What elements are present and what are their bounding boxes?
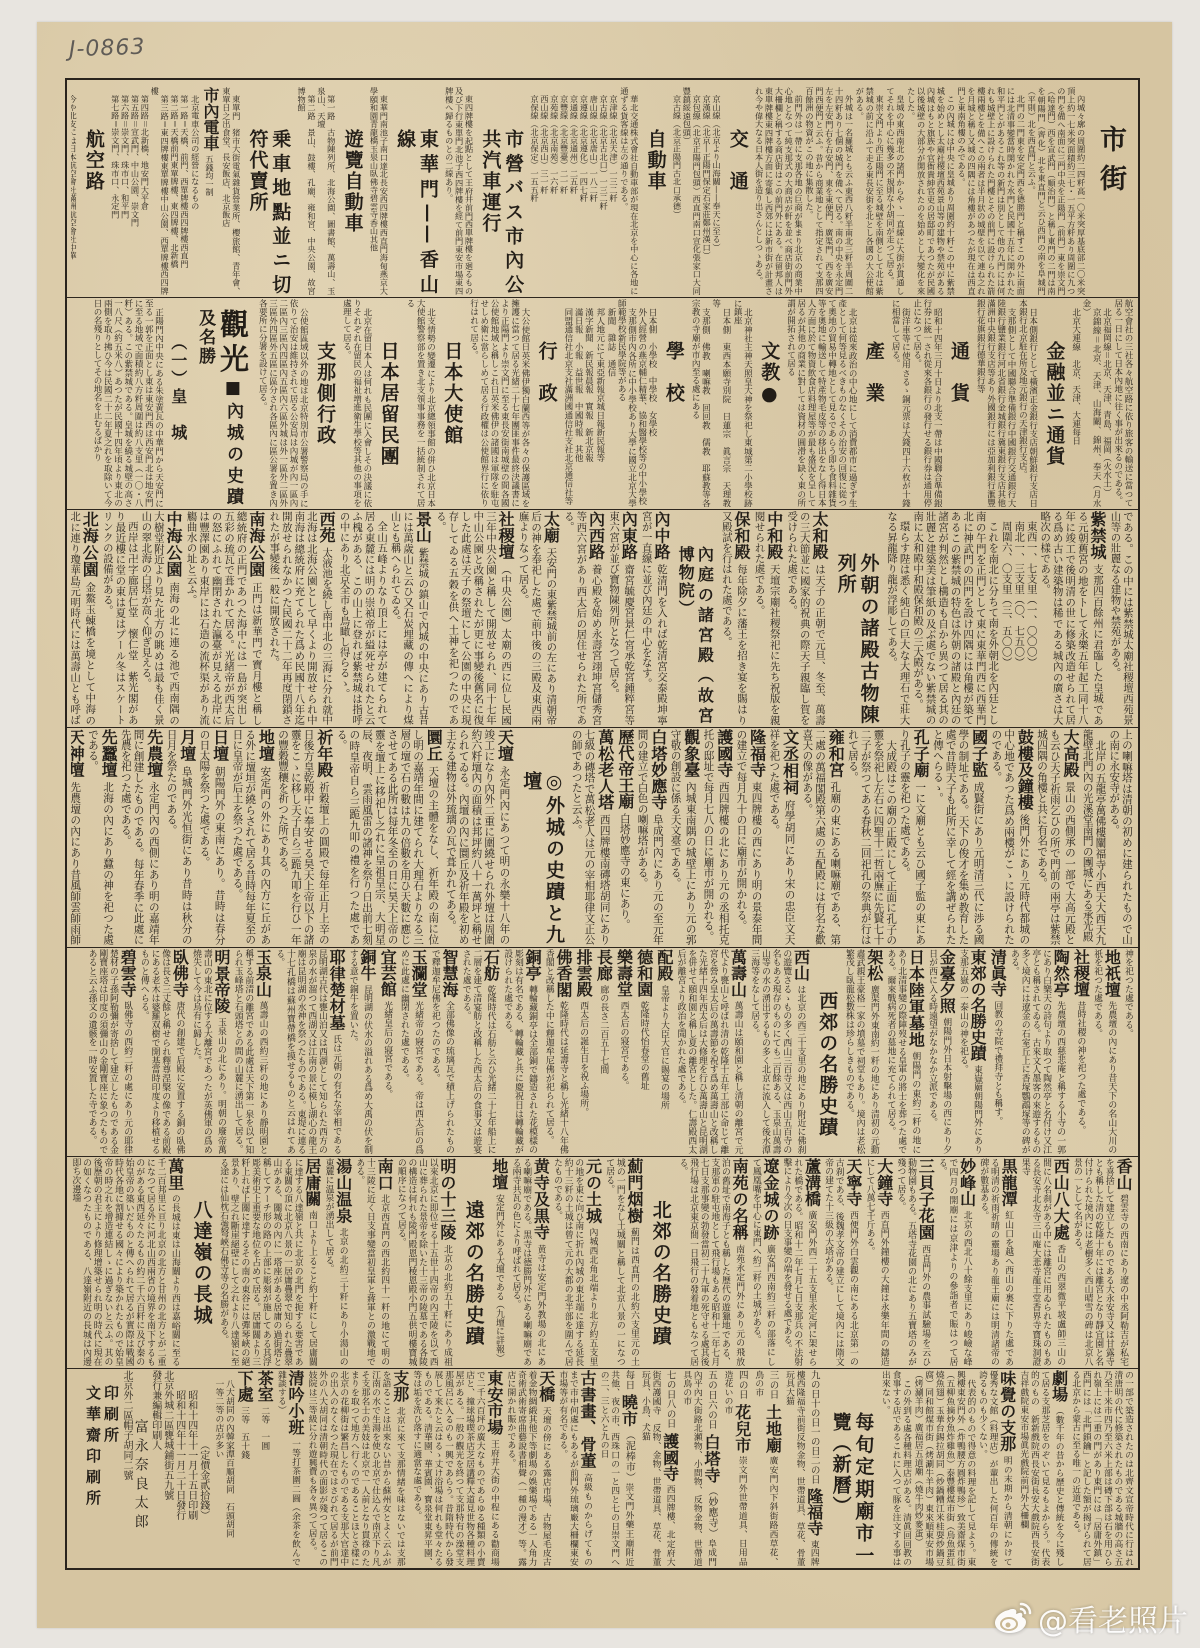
- entry: 明の十三陵北京の北約五十粁にあり成祖以來北京に即位せる十五世十四帝の內王陵を以て…: [395, 1158, 457, 1366]
- entry: 中海公園南海の北に連る池で西南隅の大樹堂附近より見た北方の眺めは最も佳く景山の翠…: [139, 511, 183, 725]
- list-line: 北京大連線 北京、天津、大連每日: [1070, 299, 1080, 507]
- entry: 清眞寺回教の寺院で禮拜寺とも稱す。: [988, 949, 1007, 1154]
- entry-title: 三貝子花園: [916, 1158, 935, 1245]
- entry: 古書畫、骨董高級ものからげてものまで市中何處にもあるが前門外琉璃廠大柵欄東安市場…: [557, 1370, 597, 1566]
- list-line: 八大胡同の內韓家潭百順胡同 石頭胡同: [223, 1370, 234, 1566]
- entry-title: 清吟小班: [286, 1370, 305, 1439]
- entry-text: 昔時社稷の神を祀つた處である。: [1075, 1001, 1085, 1134]
- line-list: 日本側 小學校 中學校 女學校外人經營の燕京輔仁精華、協和醫學校等の中小學校支那…: [606, 299, 657, 507]
- entry-title: 架松: [865, 949, 884, 985]
- list-line: 第七路＝崇文門、珠市口、永定門: [110, 87, 120, 295]
- entry: 佛香閣乾隆時代は延壽寺と稱し光緒十八年佛香閣と改稱した中に釋迦牟尼佛が祀られて居…: [543, 949, 573, 1154]
- colophon-printer-address: 北京外二區帽子胡同二號: [120, 1370, 132, 1566]
- entry: 湯山温泉北京の北約三十粁にあり小湯山の東麓に温泉が湧出して居る。: [323, 1158, 353, 1366]
- entry: 長廊廊の長さ二百五十七間: [594, 949, 613, 1154]
- entry-title: 內中路: [652, 511, 671, 564]
- entry-title: 下處: [235, 1370, 254, 1406]
- colophon-printer-label: 印刷所: [102, 1370, 120, 1566]
- entry: 紫禁城支那四百餘州に君臨した皇城である元朝舊宮の地をトして永樂五年起工同十八年に…: [1038, 511, 1107, 725]
- section-heading: 東華門——香山線: [393, 87, 439, 295]
- list-line: 第二路 景山、鼓樓、孔廟、雍和宮、中央公園、故宮博物館: [296, 87, 316, 295]
- paragraph: 支那側として中國聯合準備銀行中國銀行交通銀行大陸銀行鹽業銀行河北省銀行金城銀行冀…: [975, 299, 1016, 507]
- entry: 天橋天壇の傍にある露店市場、古物屋毛皮古着金物綢緞其他下等劇場の娛樂場である一人…: [505, 1370, 556, 1566]
- entry-title: 中海公園: [164, 511, 183, 582]
- entry: 地壇安定門の外にあり其の內方に丘がある外に壇垣が繞らされて居る昔時每年夏至の日に…: [231, 729, 276, 945]
- list-line: 外人經營の燕京輔仁精華、協和醫學校等の中小學校: [637, 299, 647, 507]
- row-divider: [67, 1156, 1138, 1157]
- entry: 日本陸軍墓地朝陽門の東約二粁の地にあり北清事變の際陣歿せる皇軍の將士を葬つた處で…: [885, 949, 926, 1154]
- colophon-issued-date: 昭和十四年十一月二十日發行: [173, 1370, 185, 1566]
- entry: 孔子廟一に文廟とも云ひ國子監の東にあり孔子の靈を祀つた處である。: [898, 729, 930, 945]
- entry: 大高殿景山の西側承の一部で大高元殿とも云ひ天子祈雨乞ひの所で門前の兩亭は紫禁城四…: [1035, 729, 1080, 945]
- paragraph: 北京電車公司の經營になるもの: [190, 87, 200, 295]
- entry-title: 大高殿: [1061, 729, 1080, 782]
- entry-title: 孔子廟: [911, 729, 930, 782]
- entry-title: 日壇: [211, 729, 230, 766]
- entry-text: 三等 五十錢: [239, 1406, 249, 1459]
- paragraph: この內城には中央に皇城あり周圍約十粁この中に紫禁城を始めとし太廟社稷壇西苑景山等…: [906, 87, 955, 295]
- entry-title: 智慧海: [440, 949, 459, 1001]
- list-line: 京通線（北京通州）二五粁: [569, 87, 579, 295]
- entry-title: 蘆溝橋: [802, 1158, 821, 1211]
- market-days: 四の日: [737, 1370, 748, 1404]
- entry-title: 月壇: [178, 729, 197, 766]
- banner-title: 觀光: [216, 309, 250, 378]
- entry-title: 金臺夕照: [937, 949, 956, 1018]
- list-line: 周圍六、〇支里（三、五〇〇）: [999, 511, 1012, 725]
- entry-title: 宜芸館: [378, 949, 397, 1001]
- paragraph: 全山五峰よりなり頂上には亭が建てられて居る東麓には明の崇禎帝が縊死せられたと云ふ…: [337, 511, 387, 725]
- list-line: 第一路 古物陳列所、北海公園、圖書館、萬壽山、玉泉山、天壇: [316, 87, 336, 295]
- section-heading: ◎外城の史蹟と九壇: [519, 729, 565, 945]
- entry: 妙峰山北京の西北八十餘支里にあり峻嶮な峰で四月の開廟には京津よりの參詣者で賑はつ…: [936, 1158, 976, 1366]
- entry-title: 配殿: [655, 949, 674, 985]
- paragraph: 邦人地元にて東亞新報京城日報新民報等: [594, 299, 604, 507]
- section-heading: 日本大使館: [440, 299, 463, 507]
- paragraph: これを南北に分ちて南を外朝北を內廷とし南の午門を正門として東に東華門西に西華門北…: [911, 511, 999, 725]
- paragraph: 北支情勢の變遷により北京總領事館の併ひ北京日本大使館警察部を置き北支領事事務を一…: [405, 299, 436, 507]
- section-heading: 市街: [1094, 87, 1126, 295]
- entry-title: 南海公園: [247, 511, 266, 582]
- entry: 文丞相祠府學胡同にあり宋の忠臣文天祥を祀つた處である。: [768, 729, 800, 945]
- list-line: 支那側市內各所に中小學校あり大學に國立北京大學師範學校新民學院等がある: [616, 299, 637, 507]
- entry-text: 五錢均一制: [205, 155, 215, 196]
- entry-title: 先蠶壇: [99, 729, 118, 782]
- entry: 保和殿每年除夕に藩王を招き宴を賜はり又殿試を行はれた處である。: [719, 511, 751, 725]
- entry-title: 味覺の支那: [998, 1370, 1017, 1456]
- paragraph: 西岸は卍字廊居仁堂 懷仁堂 紫光閣があり最近樓に堂の東は夏はプール冬はスケートリ…: [100, 511, 138, 725]
- market-name: 土地廟: [763, 1404, 782, 1456]
- entry: 樂壽堂西太后の寢宮である。: [614, 949, 633, 1154]
- list-line: 第三路＝東四牌樓東單牌樓中山公園、西單牌樓西四牌樓: [149, 87, 169, 295]
- weibo-logo-icon: [992, 1600, 1034, 1636]
- entry-text: 廊の長さ二百五十七間: [598, 985, 608, 1074]
- section-heading: 每旬定期廟市一覽（新曆）: [829, 1370, 875, 1566]
- entry-title: 長廊: [594, 949, 613, 985]
- list-line: 京錦線＝北京、天津、山海關、錦州、奉天（月水金）: [1081, 299, 1102, 507]
- text-band-western-suburbs: 神を祀つた處である。地祇壇先農壇の內にあり昔天下の名山大川の祇を祀つた處である。…: [71, 949, 1134, 1154]
- row-divider: [67, 509, 1138, 510]
- entry-title: 支那: [391, 1370, 410, 1406]
- entry: 三貝子花園西直門外の農事試驗場を云ひ動物園もある。五塔寺花園の北にあり五寶塔のみ…: [895, 1158, 935, 1366]
- line-list: 第一路＝天橋、前門、西單牌樓西四牌樓西直門第二路＝天橋前門東單牌樓、東四牌樓、北…: [110, 87, 189, 295]
- entry: 內西路養心殿を始め永壽宮翊坤宮儲秀宮等西六宮があり西太后の居住せられた所である。: [561, 511, 605, 725]
- paragraph: の一部で築造されたのは北齊文宣帝時代に行はれ清唐明の代に修築されたものである城牆…: [1070, 1370, 1133, 1566]
- list-line: 日本側 東西本願寺別院 日蓮宗 眞言宗 天理教等: [710, 299, 731, 507]
- entry-title: 國子監: [970, 729, 989, 782]
- entry-title: 鼓樓及鐘樓: [1015, 729, 1034, 814]
- entry: 月壇阜城門外光恒街にあり昔時は秋分の日月を祭たのである。: [165, 729, 197, 945]
- entry-title: 清眞寺: [988, 949, 1007, 1001]
- entry-title: 地壇: [490, 1158, 509, 1194]
- section-heading: 支那側行政: [313, 299, 336, 507]
- entry: 鼓樓及鐘樓後門外にあり元時代都城の中心地であつた爲め兩樓がこゝに設けられたのであ…: [990, 729, 1035, 945]
- entry-title: 劇場: [1050, 1370, 1069, 1406]
- section-heading: 市營バス市內公共汽車運行: [479, 87, 525, 295]
- section-heading: 內庭の諸宮殿（故宮博物院）: [676, 511, 714, 725]
- section-heading: 外朝の諸殿古物陳列所: [834, 511, 880, 725]
- entry-title: 市內電車: [201, 87, 220, 155]
- line-list: 東西一、七支里（一、〇〇〇）南北一、三支里（〇、七五〇）周圍六、〇支里（三、五〇…: [999, 511, 1037, 725]
- entry-title: 內東路: [619, 511, 638, 564]
- entry-title: 臥佛寺: [170, 949, 189, 1001]
- entry: 宜芸館光緒皇后の寢宮である。: [378, 949, 397, 1154]
- line-list: 北京福岡線＝北京、天津、青島、福岡（火水土）京錦線＝北京、天津、山海關、錦州、奉…: [1070, 299, 1111, 507]
- section-heading: 八達嶺の長城: [190, 1158, 213, 1366]
- entry-title: 地祇壇: [1102, 949, 1121, 1001]
- list-line: 東西一、七支里（一、〇〇〇）: [1024, 511, 1037, 725]
- entry-title: 日本陸軍墓地: [906, 949, 925, 1052]
- section-heading: 文教●: [757, 299, 780, 507]
- line-list: 第一路 古物陳列所、北海公園、圖書館、萬壽山、玉泉山、天壇第二路 景山、鼓樓、孔…: [296, 87, 336, 295]
- list-line: 京漢線（北京—正陽門保定石家莊鄭州漢口）: [701, 87, 711, 295]
- entry: 西苑太液池を繞し南中北の三海に分れ就中北海は北海公園として早くより開放せられ中南…: [267, 511, 336, 725]
- entry: 支那北京に來て支那情緒を味はないでは支那を語ることは出來ない昔から蘇州女とよく云…: [306, 1370, 410, 1566]
- paragraph: 北門の二門東を安定門西を德勝門と稱すこの外に南面には北清事變當時開かれた水門と民…: [956, 87, 1025, 295]
- entry-title: 明景帝陵: [212, 949, 231, 1018]
- entry-title: 先農壇: [145, 729, 164, 782]
- entry-title: 茶室: [255, 1370, 274, 1406]
- entry-title: 石舫: [482, 949, 501, 985]
- section-heading: 乗車地點並ニ切符代賣所: [246, 87, 292, 295]
- line-list: 京津線（北京天津）一三二粁京古線（北京古北口）一三二粁唐山線（北京唐山）一八二粁…: [529, 87, 618, 295]
- entry: 歷代帝王廟白塔妙應寺の東にあり。: [616, 729, 635, 945]
- entry-title: 護國寺: [715, 729, 734, 782]
- entry: 排雲殿西太后の誕生日を祝ふ場所。: [574, 949, 593, 1154]
- entry: 香山碧雲寺の西南にあり遼の中丞阿勒吉が私宅を喜捨して建立したものである大永安寺又…: [1071, 1158, 1133, 1366]
- paragraph: 華北交通株式會社自動車部が現在北京を中心に各地に通ずる貨客線は左の通りである。: [619, 87, 639, 295]
- entry: 黄寺及黒寺黄寺は安定門外教場の北にある喇嘛廟である。黒寺は德勝門外にある喇嘛廟で…: [510, 1158, 550, 1366]
- paragraph: 神を祀つた處である。: [1122, 949, 1133, 1154]
- section-heading: （一）皇 城: [169, 299, 188, 507]
- section-heading: 行 政: [535, 299, 558, 507]
- entry-title: 西山: [791, 949, 810, 985]
- market-fair-row: 四の日花兒市崇文門外世帶道具、日用品造花いの市: [722, 1370, 752, 1566]
- list-line: 新聞 雜誌 通信: [606, 299, 616, 507]
- paragraph: 東單門 猪市大街電氣雜貨營業所、櫻旅館、青年會、東單日之出食堂、長安飯店、北京飯…: [221, 87, 241, 295]
- entry: 大鐘寺西直門外鐘樓の大鐘は永樂年間の鑄造にして八萬七千斤ある。: [864, 1158, 894, 1366]
- row-divider: [67, 297, 1138, 298]
- archive-label: J-0863: [69, 35, 146, 63]
- entry: 配殿皇帝より大臣大官に賜宴の場所: [655, 949, 674, 1154]
- entry-title: 元の土城: [583, 1158, 602, 1228]
- entry-text: 西太后の誕生日を祝ふ場所。: [578, 1001, 588, 1117]
- entry: 祈年殿祈穀壇上の圓殿で每年正月上辛の日後方皇乾殿中に奉安せる昊天上帝以下の諸靈を…: [276, 729, 333, 945]
- list-line: 南北一、三支里（〇、七五〇）: [1012, 511, 1025, 725]
- paragraph: 正陽門內中央にある朱塗黄瓦の中華門から天安門に至る一郭を正面とし東は東安門西は西…: [92, 299, 164, 507]
- entry: 東郊の名勝史蹟東嶽廟朝陽門外にあり支那五嶽の一泰山の神を祀る。: [957, 949, 987, 1154]
- entry: 先農壇永定門內の西側にあり明の嘉靖年間に創建したものである。每年春季に此處に先農…: [119, 729, 164, 945]
- list-line: 京古線（北京正陽門古北口承德）: [672, 87, 682, 295]
- list-line: 京苑線（北京南苑）一六粁: [549, 87, 559, 295]
- entry: 西山八大處香山の西翠微平坡盧師三山の間に八名刹がある中には離宮に用ゐられたものも…: [1019, 1158, 1070, 1366]
- paragraph: 皇城の東西南北の諸門からやゝ一直線に大街が貫通してそれを中心に幾多の不規則な小胡…: [885, 87, 905, 295]
- entry-title: 黒龍潭: [999, 1158, 1018, 1211]
- entry-title: 文丞相祠: [781, 729, 800, 799]
- list-line: 支那側 佛教 喇嘛教 回回教 儒教 耶蘇教等各宗教の寺廟が市內至る處にある: [690, 299, 711, 507]
- section-heading: 航空路: [82, 87, 105, 295]
- entry-title: 玉瀾堂: [409, 949, 428, 1001]
- paragraph: 東華門南池子南口達北長安西四牌樓西直門海甸燕京大學頤和園青龍橋玉泉山臥佛寺碧雲寺…: [369, 87, 389, 295]
- market-days: 七の日八の日: [665, 1370, 676, 1433]
- entry-title: 碧雲寺: [118, 949, 137, 1001]
- paragraph: 日本側銀行として橫濱正金銀行支店朝鮮銀行支店日本銀行北京駐在所及地元銀行の天津銀…: [1017, 299, 1038, 507]
- list-line: 京保線（北京保定）一五五粁: [529, 87, 539, 295]
- entry-title: 祈年殿: [315, 729, 334, 782]
- entry-text: 皇帝より大臣大官に賜宴の場所: [659, 985, 669, 1109]
- section-heading: 日本居留民團: [377, 299, 400, 507]
- entry-text: 天壇の主體をなし、祈年殿の南に位し明の嘉靖年間に建てられ大理石よりなる三層の壇で…: [336, 729, 441, 945]
- entry: 觀象臺內城東南隅の城壁上にあり元の郭守敬の創設に係る天文臺である。: [669, 729, 701, 945]
- list-line: 北京福岡線＝北京、天津、青島、福岡（火水土）: [1101, 299, 1111, 507]
- text-band-forbidden-city: である。この中には紫禁城太廟社稷壇西苑景山等の壯麗なる建物や禁苑がある。紫禁城支…: [71, 511, 1134, 725]
- entry-title: 耶律楚材墓: [327, 949, 346, 1035]
- text-band-entertainment-colophon: の一部で築造されたのは北齊文宣帝時代に行はれ清唐明の代に修築されたものである城牆…: [71, 1370, 1134, 1566]
- market-days: 九の日十の日一の日二の日: [809, 1370, 820, 1488]
- paragraph: である。この中には紫禁城太廟社稷壇西苑景山等の壯麗なる建物や禁苑がある。: [1108, 511, 1133, 725]
- market-name: 白塔寺: [702, 1434, 721, 1486]
- colophon-publisher-name: 富永奈良太郎: [132, 1370, 149, 1566]
- entry: 南苑の名稱南苑永定門外にあり元の飛放泊の舊址で南海子とも稱した歷代の遊獵地である…: [677, 1158, 749, 1366]
- text-band-outer-suburbs: 香山碧雲寺の西南にあり遼の中丞阿勒吉が私宅を喜捨して建立したものである大永安寺又…: [71, 1158, 1134, 1366]
- paragraph: 北京神社主神天照皇大神を祭祀し東城第二小學校跡に鎮座: [732, 299, 753, 507]
- paragraph: 外城は一名羅城とも云ふ東西八粁半南北三粁半周圍二十四粁あり七個の城門を備へて居る…: [804, 87, 853, 295]
- entry: 金臺夕照朝陽門外日本射擊場の西にあり夕日が西に入る時遠望がなかなか立派である。: [926, 949, 956, 1154]
- entry-title: 觀象臺: [682, 729, 701, 782]
- entry: 隆福寺東四牌樓の西にあり明の景泰年間の建立で每月九十の日に廟市が開かれる。: [735, 729, 767, 945]
- entry-title: 天橋: [537, 1370, 556, 1406]
- entry-title: 歷代帝王廟: [616, 729, 635, 813]
- list-line: 唐山線（北京唐山）一八二粁: [588, 87, 598, 295]
- market-name: 隆福寺: [805, 1488, 824, 1539]
- entry: 清吟小班一等打茶圍二圓（余茶を飲んで雜談する）: [275, 1370, 305, 1566]
- entry: 智慧海全部佛像の琉璃瓦で積上げられたもので釋迦牟尼佛を祀つたのである。: [429, 949, 459, 1154]
- entry-text: 安定門外にある大壇である（九壇に詳報）: [494, 1194, 504, 1362]
- entry-title: 地壇: [256, 729, 275, 766]
- paragraph: 街洋車等に使用さるゝ銅元票は大錢四十六枚が十錢に相當して居る。: [890, 299, 911, 507]
- entry: 萬壽山萬壽山は頤和園と稱し清朝の離宮で元代より甕山と呼ばれ清の乾隆十五年工部に命…: [675, 949, 748, 1154]
- entry-title: 社稷壇: [1071, 949, 1090, 1001]
- text-band-finance-admin: 航空會社の三社各々航空路に依り旅客の輸送に當つて居る一日にして日本內地に往く事が…: [71, 299, 1134, 507]
- list-line: 京遵線（北京遵化）一四七粁: [579, 87, 589, 295]
- list-line: 一等二等の店が多い: [213, 1370, 224, 1566]
- entry: 市內電車五錢均一制: [201, 87, 220, 295]
- entry-text: 北京に來て支那情緒を味はないでは支那を語ることは出來ない昔から蘇州女とよく云ふが…: [307, 1370, 405, 1566]
- market-name: 花兒市: [733, 1404, 752, 1456]
- entry-title: 天壇: [495, 729, 514, 766]
- entry: 黒龍潭紅山口を越へ西山の裏に下りた處である明清の祈雨祈晴の靈場あり龍王廟には明清…: [978, 1158, 1018, 1366]
- entry: 萬里の長城は東は山海關より西は嘉峪關に至る千二百邦里に亘り北京の北方と甘州の北方…: [71, 1158, 185, 1366]
- entry: 社稷壇（中央公園）太廟の西に位し民國三年中央公園と稱して開放せられ、同十七年中山…: [433, 511, 515, 725]
- paragraph: 大公使館日英米佛伊獨白蘭西等が各々の保護區域を擁護に當つて居る光緒二十七年團匪事…: [468, 299, 530, 507]
- entry-title: 大鐘寺: [875, 1158, 894, 1211]
- entry: 南海公園正門は新華門で寶月樓と稱し總統府の正門であつた海中には一島が突出し五彩の…: [184, 511, 266, 725]
- paragraph: 北岸の五龍亭萬佛樓闡福寺小西天大西天九龍壁北門內の光溪堂南門の團城にある承光殿: [1081, 729, 1107, 945]
- entry: 碧雲寺臥佛寺の西約二粁の處にあり元の耶律楚材の子孫阿勒彌が寄捨して建立したもので…: [86, 949, 137, 1154]
- entry: 味覺の支那明の末期から清朝にかけて優秀な文館（料理店）が輩出した何百年の傳統を誇…: [976, 1370, 1016, 1566]
- paragraph: 北京は從來政治の中心地にして消費都市に過ぎず生產として何等見るべきものなくその治…: [785, 299, 857, 507]
- list-line: 京包線（北京正陽門包頭）西直門南口宣化張家口大同豐鎮綏遠包頭）: [681, 87, 701, 295]
- list-line: 京山線（北京より山海關——奉天に至る）: [711, 87, 721, 295]
- list-line: 同盟通信社北京支社滿洲國通信社支社北京通信社等: [563, 299, 573, 507]
- entry-title: 天寧寺: [844, 1158, 863, 1211]
- line-list: 漢字新聞 新民報晨報 實報 新北京報滿日報 小報 益世報 中國時報 其他同盟通信…: [563, 299, 594, 507]
- entry-text: 白塔妙應寺の東にあり。: [619, 813, 632, 930]
- entry-title: 南苑の名稱: [730, 1158, 749, 1245]
- market-fair-row: 三の日土地廟廣安門內下斜街路西草花、鳥の市: [753, 1370, 783, 1566]
- row-divider: [67, 727, 1138, 728]
- entry: 銅牛昆明湖の伏水の溢れある爲め大禹の伏を制する意で銅牛を置いた。: [347, 949, 377, 1154]
- entry-title: 景山: [413, 511, 432, 547]
- entry: 西山は北京の西三十支里の地にあり附近に佛刹の遊覽さるゝもの多く西山三百寺又は西山…: [749, 949, 811, 1154]
- market-note: （泥棒市）: [623, 1430, 634, 1483]
- paragraph: 上の喇嘛塔は清朝の初めに建られたもので山の南に永安寺がある。: [1108, 729, 1134, 945]
- section-heading: 西郊の名勝史蹟: [815, 949, 838, 1154]
- entry: 先蠶壇北海の內にあり蠶の神を祀つた處である。: [86, 729, 118, 945]
- entry: 中和殿天壇宗廟社稷祭祀に先ち祝版を親閱せられた處である。: [752, 511, 784, 725]
- entry-title: 雍和宮: [826, 729, 845, 782]
- entry-title: 湯山温泉: [334, 1158, 353, 1228]
- colophon-price: （定價金貳拾錢）: [197, 1370, 209, 1566]
- section-heading: 通 貨: [947, 299, 970, 507]
- entry: 天神壇先農壇の內にあり昔風師雲師雨師雷: [71, 729, 85, 945]
- entry-title: 社稷壇: [496, 511, 515, 564]
- section-heading: 交 通: [726, 87, 749, 295]
- market-fair-row: 每日曉市（泥棒市）崇文門外藥王廟附近 共他、夜の市、西珠口の一と四と七の日崇文門…: [598, 1370, 638, 1566]
- entry-title: 東安市場: [485, 1370, 504, 1439]
- section-heading: 產 業: [862, 299, 885, 507]
- entry-title: 西山八大處: [1051, 1158, 1070, 1245]
- paragraph: 內城々廓の周圍約二四粁高一〇米突厚基底部二〇米突頂上約一七米突面積約三七・一五平…: [1026, 87, 1085, 295]
- line-list: 日本側 東西本願寺別院 日蓮宗 眞言宗 天理教等支那側 佛教 喇嘛教 回回教 儒…: [690, 299, 731, 507]
- entry: 內東路齋宮毓慶宮景仁宮承乾宮鍾粹宮等東六宮が並び寶物陳列所となつて居る。: [607, 511, 639, 725]
- market-note: （妙應寺）: [706, 1486, 717, 1538]
- colophon-printer-name: 文華齋印刷所: [84, 1370, 102, 1566]
- entry-title: 遼金城の跡: [761, 1158, 780, 1245]
- paragraph: 公使館區域以外の地は北京特別市公署警察局の手に依りて治安は維持されて居る公安局は…: [257, 299, 308, 507]
- entry-title: 薊門烟樹: [625, 1158, 644, 1228]
- entry-title: 內西路: [587, 511, 606, 564]
- paragraph: 東崇文門より西正陽門に至る城壁を南側として北は紫禁城の前に沿ふて走る東長安街を北…: [854, 87, 884, 295]
- list-line: 第五路＝宣武門、中山公園、崇文門: [130, 87, 140, 295]
- market-days: 五の日六の日: [706, 1370, 717, 1434]
- entry-title: 紫禁城: [1088, 511, 1107, 564]
- paragraph: 航空會社の三社各々航空路に依り旅客の輸送に當つて居る一日にして日本內地に往く事が…: [1112, 299, 1133, 507]
- paragraph: 東四牌樓を起點として王府井前門西單牌樓を廻るもの及び下行東單門北池子西四牌樓を經…: [444, 87, 474, 295]
- entry: 銅亭轉輪藏銅亭は全部銅で鑄造された花模樣の彫刻は有名である、轉輪藏と共に慶祝日は…: [502, 949, 543, 1154]
- paragraph: この外到る處各種料理店がある。清眞回回教の食事する店であるこれに入つて豚を注文す…: [879, 1370, 911, 1566]
- entry: 太廟天安門の東紫禁城前の左にあり清朝帝后の神を奉祀した處で前中後の三殿及東西兩廡…: [516, 511, 560, 725]
- entry-title: 隆福寺: [748, 729, 767, 782]
- entry: 石舫乾隆時代は石舫と云ひ光緒二十七年船上に二層を建て清宴舫と改稱した西太后の食事…: [460, 949, 501, 1154]
- entry: 耶律楚材墓氏は元朝の有名な宰相である昆明湖古代は甕山泊又は西湖として知られた西方…: [274, 949, 347, 1154]
- entry-title: 圜丘: [424, 729, 443, 766]
- entry-title: 黄寺及黒寺: [531, 1158, 550, 1245]
- entry: 東安市場王府井大街の中程にある勸商場で二千六百坪の廣大なものであらゆる種類の小賣…: [411, 1370, 504, 1566]
- market-days: 三の日: [767, 1370, 778, 1404]
- list-line: 第四路＝北新橋、地安門大平倉: [140, 87, 150, 295]
- entry: 雍和宮孔廟の東にある喇嘛廟である、第二處の萬福閣殿第六處の五配殿には有名な歡喜天…: [801, 729, 846, 945]
- paragraph: 前門外は一帶に支那各地の巨商が集まり北京の商業中心地となつて純支那式の大商店が軒…: [754, 87, 803, 295]
- entry: 景山紫禁城の鎮山で內城の中央にあり古昔には萬歲山と云ひ又石炭埋藏の傳へにより煤山…: [388, 511, 432, 725]
- market-days: 每日: [623, 1370, 634, 1394]
- market-fair-row: 五の日六の日白塔寺（妙應寺）阜成門內平內大街路北瀬物、小間物、反物金物、世帶道具…: [681, 1370, 721, 1566]
- entry: 明景帝陵玉泉山の北にあり。明朝の廢帝萬壽山の東北に位する大離宮であつたが英佛軍の…: [190, 949, 231, 1154]
- entry-title: 萬里: [166, 1158, 185, 1194]
- entry-title: 玉泉山: [254, 949, 273, 1001]
- entry-title: 陶然亭: [1051, 949, 1070, 1001]
- entry-title: 太和殿: [810, 511, 829, 564]
- source-watermark: @看老照片: [992, 1596, 1188, 1640]
- colophon: （定價金貳拾錢）昭和十四年十一月十五日印刷昭和十四年十一月二十日發行北京外城二區…: [84, 1370, 209, 1566]
- list-line: 京古線（北京古北口）一三二粁: [598, 87, 608, 295]
- market-name: 護國寺: [661, 1433, 680, 1485]
- entry-text: 西太后の寢宮である。: [619, 1001, 629, 1090]
- entry: 劇場（數千年の昔から歷史と傳統を今に殘して居る支那芝居をのぞいて見るもよからう。…: [1018, 1370, 1069, 1566]
- list-line: 滿日報 小報 益世報 中國時報 其他: [573, 299, 583, 507]
- entry-title: 香山: [1114, 1158, 1133, 1194]
- entry-title: 古書畫、骨董: [578, 1370, 597, 1473]
- entry-title: 萬松老人塔: [596, 729, 615, 814]
- paragraph: 今や北支には日本航空會社滿洲航空會社中華: [71, 87, 77, 295]
- entry: 太和殿は天子の正朝で元旦、冬至、萬壽の三大節並に國家的祝典の際天子親臨し賀を受け…: [785, 511, 829, 725]
- colophon-printed-date: 昭和十四年十一月十五日印刷: [185, 1370, 197, 1566]
- entry: 地祇壇先農壇の內にあり昔天下の名山大川の祇を祀つた處である。: [1091, 949, 1121, 1154]
- line-list: 京山線（北京より山海關——奉天に至る）京漢線（北京—正陽門保定石家莊鄭州漢口）京…: [672, 87, 721, 295]
- section-heading: 金融並ニ通貨: [1043, 299, 1066, 507]
- entry-title: 銅亭: [523, 949, 542, 985]
- entry: 德和園乾隆時代怡春堂の舊址: [635, 949, 654, 1154]
- line-list: 八大胡同の內韓家潭百順胡同 石頭胡同一等二等の店が多い: [213, 1370, 234, 1566]
- entry-title: 南口: [375, 1158, 394, 1194]
- paragraph: 環らす陛は悉く純白の巨大な大理石で莊大なる昇龍降り龍が浮彫してある。: [885, 511, 910, 725]
- paragraph: 昭和十四年三月十日より北支一帶は中國聯合準備銀行券に統一され從來各銀行の發行せる…: [911, 299, 942, 507]
- entry: 蘆溝橋廣安門外西二十五支里永定河に架せられた橋である。昭和十二年七月七日支那兵の…: [781, 1158, 821, 1366]
- paragraph: 北京在留日本人は何れも民團に入會しその決議に依りそれぞれ在留民の福祉增進衛生學校…: [341, 299, 372, 507]
- section-heading: 學 校: [662, 299, 685, 507]
- list-line: 京津線（北京天津）一三二粁: [608, 87, 618, 295]
- entry: 茶室二等 一圓: [255, 1370, 274, 1566]
- market-fair-row: 七の日八の日護國寺西四牌樓、北定府大街西護國寺 反物、金物、世帶道具、草花、骨董…: [639, 1370, 679, 1566]
- paragraph: 代表的のもので得意の料理を記して見よう。東興樓東安門外（炸鴨腰方圓炸鴨珍）致美齋…: [912, 1370, 975, 1566]
- entry-title: 居庸關: [303, 1158, 322, 1211]
- entry-title: 天神壇: [71, 729, 85, 782]
- entry: 護國寺西四牌樓の北にあり元の丞相托克托の邸址で每月七八の日に廟市が開かれる。: [702, 729, 734, 945]
- entry: 南口北京西直門の西北約四十一粁の地にて明の十三陵に近く日支事變當初皇軍と蔣軍との…: [354, 1158, 394, 1366]
- entry-title: 西苑: [317, 511, 336, 547]
- entry: 居庸關南口より上ること約十粁にして居庸關に達する八達嶺と共に北京の北門を扼する要…: [218, 1158, 322, 1366]
- row-divider: [67, 947, 1138, 948]
